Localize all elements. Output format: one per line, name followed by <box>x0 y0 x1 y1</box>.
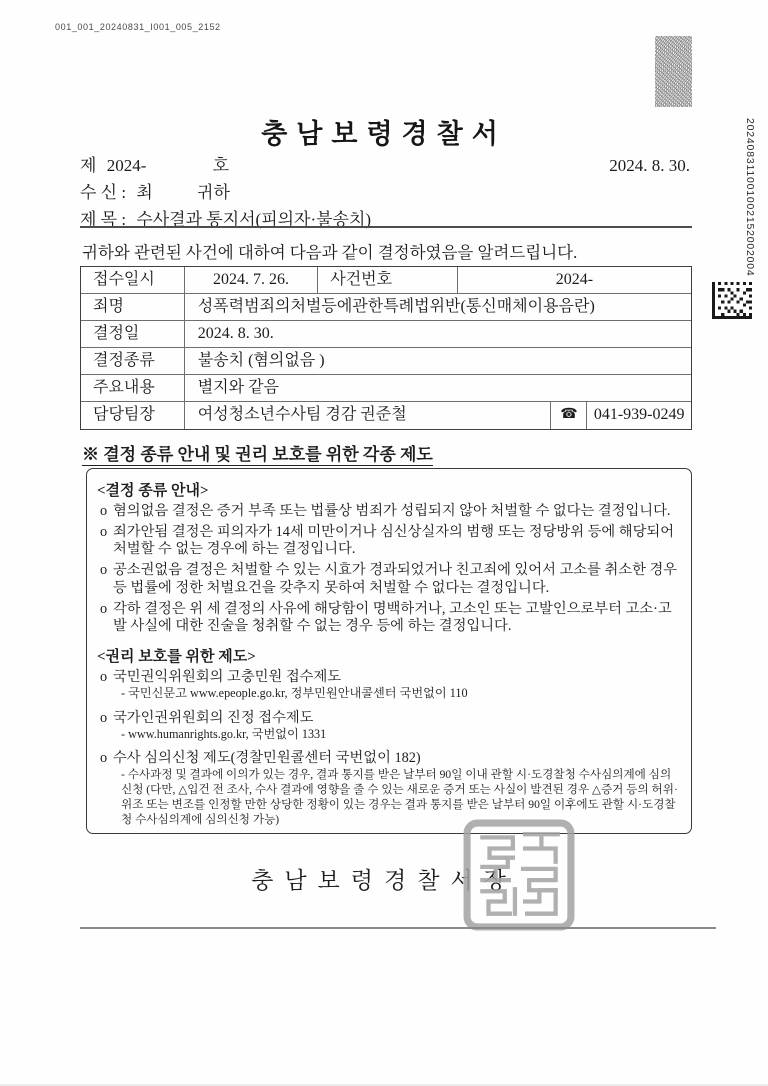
rights-item-title-row: o 수사 심의신청 제도(경찰민원콜센터 국번없이 182) <box>97 750 679 767</box>
rights-item-title-row: o 국민권익위원회의 고충민원 접수제도 <box>97 669 679 686</box>
header-divider <box>80 226 692 228</box>
rights-guide-heading: <권리 보호를 위한 제도> <box>97 645 679 666</box>
notice-box: <결정 종류 안내> o 혐의없음 결정은 증거 부족 또는 법률상 범죄가 성… <box>86 468 692 834</box>
phone-number: 041-939-0249 <box>587 402 691 429</box>
receipt-date-value: 2024. 7. 26. <box>185 267 319 293</box>
chief-signature: 충남보령경찰서장 <box>0 862 768 895</box>
main-content-value: 별지와 같음 <box>185 375 691 401</box>
decision-item-text: 죄가안됨 결정은 피의자가 14세 미만이거나 심신상실자의 범행 또는 정당방… <box>113 524 679 558</box>
recipient-label: 수 신 : <box>80 183 126 202</box>
decision-date-header: 결정일 <box>81 321 185 347</box>
rights-item-title-row: o 국가인권위원회의 진정 접수제도 <box>97 710 679 727</box>
decision-guide-heading: <결정 종류 안내> <box>97 479 679 500</box>
doc-no: 2024- <box>107 156 147 175</box>
rights-item-title: 국가인권위원회의 진정 접수제도 <box>113 710 314 727</box>
footer-divider <box>80 927 716 929</box>
list-item: o 공소권없음 결정은 처벌할 수 있는 시효가 경과되었거나 친고죄에 있어서… <box>97 562 679 596</box>
offense-header: 죄명 <box>81 294 185 320</box>
offense-value: 성폭력범죄의처벌등에관한특례법위반(통신매체이용음란) <box>185 294 691 320</box>
official-seal-stamp-icon <box>462 818 576 932</box>
case-summary-table: 접수일시 2024. 7. 26. 사건번호 2024- 죄명 성폭력범죄의처벌… <box>80 266 692 430</box>
phone-icon: ☎ <box>551 402 587 429</box>
bullet-marker: o <box>97 503 113 520</box>
table-row: 결정종류 불송치 (혐의없음 ) <box>81 348 691 375</box>
case-number-value: 2024- <box>458 267 691 293</box>
rights-item-detail: - www.humanrights.go.kr, 국번없이 1331 <box>97 727 679 742</box>
case-number-header: 사건번호 <box>318 267 458 293</box>
decision-type-value: 불송치 (혐의없음 ) <box>185 348 691 374</box>
decision-item-text: 공소권없음 결정은 처벌할 수 있는 시효가 경과되었거나 친고죄에 있어서 고… <box>113 562 679 596</box>
decision-item-text: 혐의없음 결정은 증거 부족 또는 법률상 범죄가 성립되지 않아 처벌할 수 … <box>113 503 670 520</box>
document-head: 제 2024- 호 2024. 8. 30. 수 신 : 최 귀하 제 목 : … <box>80 152 692 233</box>
rights-item-detail: - 국민신문고 www.epeople.go.kr, 정부민원안내콜센터 국번없… <box>97 686 679 701</box>
list-item: o 수사 심의신청 제도(경찰민원콜센터 국번없이 182) - 수사과정 및 … <box>97 750 679 827</box>
bullet-marker: o <box>97 524 113 558</box>
doc-no-label: 제 <box>80 156 96 175</box>
rights-item-detail: - 수사과정 및 결과에 이의가 있는 경우, 결과 통지를 받은 날부터 90… <box>97 767 679 827</box>
doc-number-row: 제 2024- 호 2024. 8. 30. <box>80 152 692 179</box>
table-row: 결정일 2024. 8. 30. <box>81 321 691 348</box>
doc-date: 2024. 8. 30. <box>609 152 690 179</box>
decision-date-value: 2024. 8. 30. <box>185 321 691 347</box>
subject-row: 제 목 : 수사결과 통지서(피의자·불송치) <box>80 206 692 233</box>
table-row: 죄명 성폭력범죄의처벌등에관한특례법위반(통신매체이용음란) <box>81 294 691 321</box>
intro-sentence: 귀하와 관련된 사건에 대하여 다음과 같이 결정하였음을 알려드립니다. <box>82 239 694 263</box>
receipt-date-header: 접수일시 <box>81 267 185 293</box>
team-leader-header: 담당팀장 <box>81 402 185 429</box>
rights-item-title: 국민권익위원회의 고충민원 접수제도 <box>113 669 341 686</box>
recipient-name: 최 <box>136 183 152 202</box>
datamatrix-barcode-icon <box>712 282 752 319</box>
notice-section-title: ※ 결정 종류 안내 및 권리 보호를 위한 각종 제도 <box>82 440 433 465</box>
list-item: o 국민권익위원회의 고충민원 접수제도 - 국민신문고 www.epeople… <box>97 669 679 701</box>
table-row: 담당팀장 여성청소년수사팀 경감 권준철 ☎ 041-939-0249 <box>81 402 691 429</box>
doc-no-suffix: 호 <box>213 156 229 175</box>
bullet-marker: o <box>97 750 113 767</box>
bullet-marker: o <box>97 601 113 635</box>
main-content-header: 주요내용 <box>81 375 185 401</box>
police-station-title: 충남보령경찰서 <box>0 112 768 151</box>
recipient-honorific: 귀하 <box>197 183 230 202</box>
table-row: 접수일시 2024. 7. 26. 사건번호 2024- <box>81 267 691 294</box>
scan-filename: 001_001_20240831_I001_005_2152 <box>55 22 221 32</box>
decision-type-header: 결정종류 <box>81 348 185 374</box>
bullet-marker: o <box>97 710 113 727</box>
recipient-row: 수 신 : 최 귀하 <box>80 179 692 206</box>
list-item: o 혐의없음 결정은 증거 부족 또는 법률상 범죄가 성립되지 않아 처벌할 … <box>97 503 679 520</box>
list-item: o 국가인권위원회의 진정 접수제도 - www.humanrights.go.… <box>97 710 679 742</box>
scan-noise-pattern <box>655 36 692 107</box>
bullet-marker: o <box>97 562 113 596</box>
list-item: o 죄가안됨 결정은 피의자가 14세 미만이거나 심신상실자의 범행 또는 정… <box>97 524 679 558</box>
rights-item-title: 수사 심의신청 제도(경찰민원콜센터 국번없이 182) <box>113 750 421 767</box>
scanned-document-page: { "meta": { "scan_header": "001_001_2024… <box>0 0 768 1086</box>
bullet-marker: o <box>97 669 113 686</box>
table-row: 주요내용 별지와 같음 <box>81 375 691 402</box>
list-item: o 각하 결정은 위 세 결정의 사유에 해당함이 명백하거나, 고소인 또는 … <box>97 601 679 635</box>
team-leader-value: 여성청소년수사팀 경감 권준철 <box>185 402 552 429</box>
decision-item-text: 각하 결정은 위 세 결정의 사유에 해당함이 명백하거나, 고소인 또는 고발… <box>113 601 679 635</box>
